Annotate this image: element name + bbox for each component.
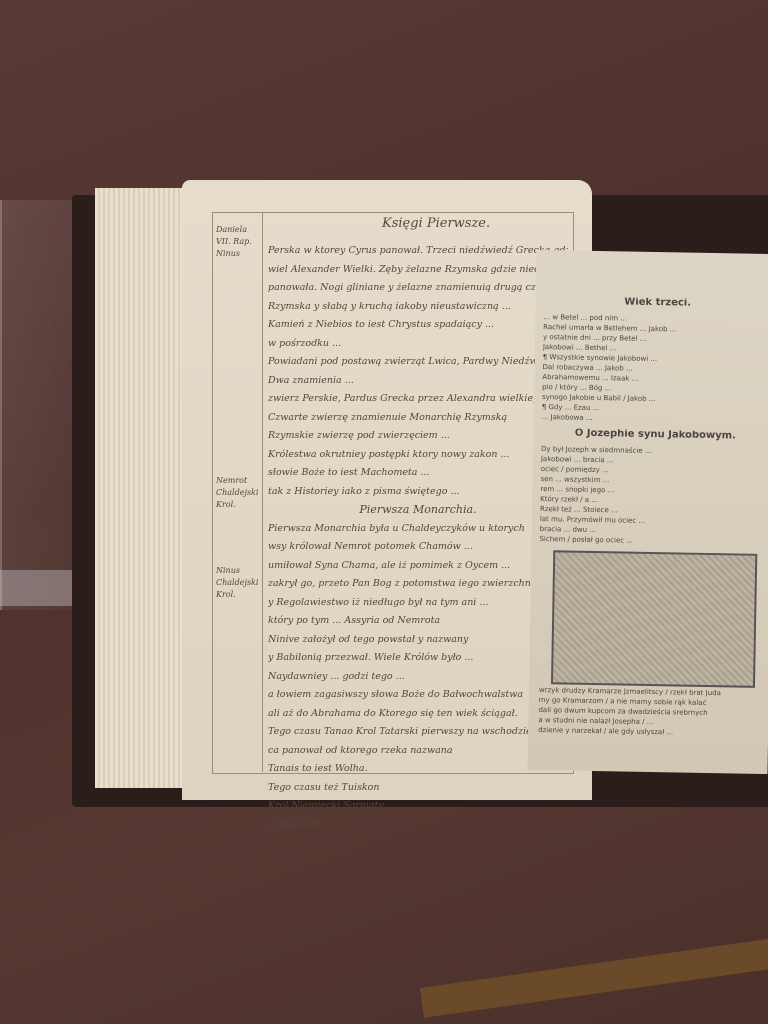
- text-line: zwierz Perskie, Pardus Grecka przez Alex…: [268, 390, 568, 409]
- text-line: a łowiem zagasiwszy słowa Boże do Bałwoc…: [268, 686, 568, 705]
- printed-header: Wiek trzeci.: [544, 296, 768, 310]
- text-line: Rzymskie zwierzę pod zwierzęciem ...: [268, 427, 568, 446]
- margin-note: Daniela VII. Rap. Ninus: [216, 224, 262, 260]
- text-line: Perska w ktorey Cyrus panował. Trzeci ni…: [268, 242, 568, 261]
- printed-text: Wiek trzeci. ... w Betel ... pod nim ...…: [539, 290, 768, 548]
- handwritten-text: Perska w ktorey Cyrus panował. Trzeci ni…: [268, 242, 568, 834]
- margin-note: Ninus Chaldejski Krol.: [216, 565, 262, 601]
- text-line: Królestwa okrutniey postępki ktory nowy …: [268, 446, 568, 465]
- text-line: Tanais to iest Wolha.: [268, 760, 568, 779]
- page-edges: [95, 188, 195, 788]
- table-edge: [420, 932, 768, 1017]
- text-line: y Babilonią przezwał. Wiele Królów było …: [268, 649, 568, 668]
- text-line: Krol Niemiecki Sarmaty: [268, 797, 568, 816]
- text-line: Czwarte zwierzę znamienuie Monarchię Rzy…: [268, 409, 568, 428]
- text-line: słowie Boże to iest Machometa ...: [268, 464, 568, 483]
- text-line: Naydawniey ... godzi tego ...: [268, 668, 568, 687]
- section-title: O Jozephie synu Jakobowym.: [541, 428, 768, 442]
- caption-text: wrzyk drudzy Kramarze Jzmaelitscy / rzek…: [538, 685, 764, 739]
- text-line: Pierwsza Monarchia.: [268, 501, 568, 520]
- text-line: umiłował Syna Chama, ale iż pomimek z Oy…: [268, 557, 568, 576]
- section-lines: Dy był Jozeph w siedmnaście ...Jakobowi …: [539, 444, 768, 548]
- text-line: Kamień z Niebios to iest Chrystus spadai…: [268, 316, 568, 335]
- text-line: Rzymska y słabą y kruchą iakoby nieustaw…: [268, 298, 568, 317]
- text-line: ca panował od ktorego rzeka nazwana: [268, 742, 568, 761]
- text-line: zakrył go, przeto Pan Bog z potomstwa ie…: [268, 575, 568, 594]
- text-line: w pośrzodku ...: [268, 335, 568, 354]
- text-line: który po tym ... Assyria od Nemrota: [268, 612, 568, 631]
- right-printed-page: Wiek trzeci. ... w Betel ... pod nim ...…: [527, 250, 768, 774]
- margin-rule: [262, 212, 263, 772]
- margin-note: Nemrot Chaldejski Krol.: [216, 475, 262, 511]
- text-line: Ninive założył od tego powstał y nazwany: [268, 631, 568, 650]
- text-line: Tego czasu Tanao Krol Tatarski pierwszy …: [268, 723, 568, 742]
- text-line: y Regolawiestwo iż niedługo był na tym a…: [268, 594, 568, 613]
- text-line: Pierwsza Monarchia była u Chaldeyczyków …: [268, 520, 568, 539]
- text-line: wiel Alexander Wielki. Zęby żelazne Rzym…: [268, 261, 568, 280]
- text-line: wsy królował Nemrot potomek Chamów ...: [268, 538, 568, 557]
- text-line: Tego czasu też Tuiskon: [268, 779, 568, 798]
- printed-lines: ... w Betel ... pod nim ...Rachel umarła…: [542, 312, 768, 426]
- page-heading: Księgi Pierwsze.: [382, 216, 490, 231]
- text-line: tak z Historiey iako z pisma świętego ..…: [268, 483, 568, 502]
- woodcut-illustration: [551, 550, 757, 688]
- text-line: sprawował.: [268, 816, 568, 835]
- text-line: ali aż do Abrahama do Ktorego się ten wi…: [268, 705, 568, 724]
- text-line: Powiadani pod postawą zwierząt Lwica, Pa…: [268, 353, 568, 372]
- text-line: panowała. Nogi gliniane y żelazne znamie…: [268, 279, 568, 298]
- text-line: Dwa znamienia ...: [268, 372, 568, 391]
